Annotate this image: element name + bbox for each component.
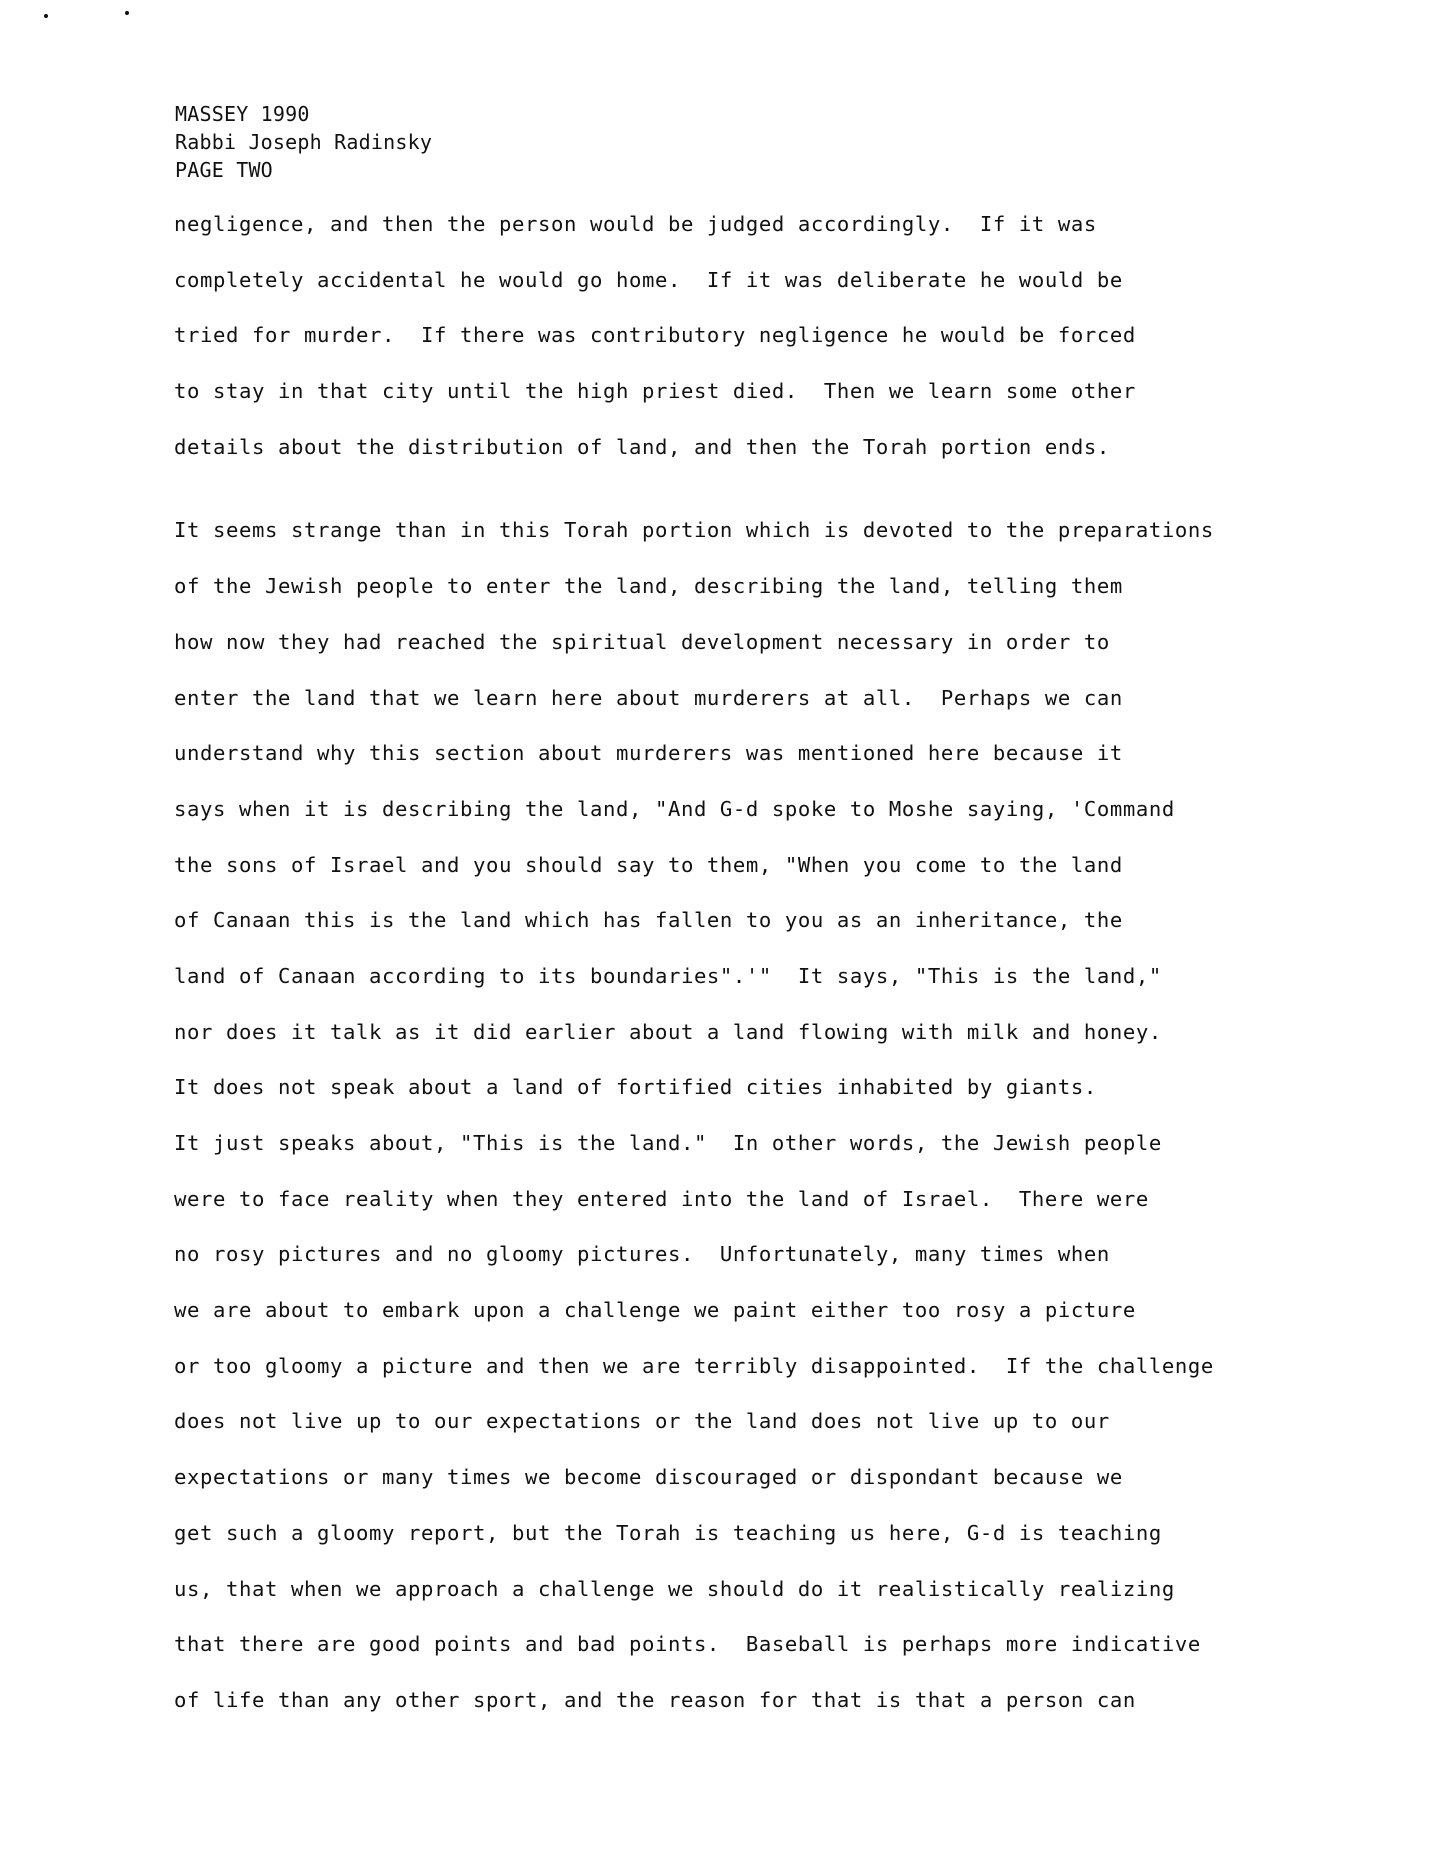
text-line: land of Canaan according to its boundari…	[174, 961, 1374, 1017]
text-line: get such a gloomy report, but the Torah …	[174, 1518, 1374, 1574]
text-line: us, that when we approach a challenge we…	[174, 1574, 1374, 1630]
document-header: MASSEY 1990 Rabbi Joseph Radinsky PAGE T…	[175, 100, 432, 184]
text-line: the sons of Israel and you should say to…	[174, 850, 1374, 906]
text-line: we are about to embark upon a challenge …	[174, 1295, 1374, 1351]
document-body: negligence, and then the person would be…	[174, 209, 1374, 1741]
text-line: to stay in that city until the high prie…	[174, 376, 1374, 432]
text-line: nor does it talk as it did earlier about…	[174, 1017, 1374, 1073]
text-line: how now they had reached the spiritual d…	[174, 627, 1374, 683]
text-line: details about the distribution of land, …	[174, 432, 1374, 488]
text-line: of life than any other sport, and the re…	[174, 1685, 1374, 1741]
scan-speck	[125, 11, 129, 15]
text-line: that there are good points and bad point…	[174, 1629, 1374, 1685]
paragraph: negligence, and then the person would be…	[174, 209, 1374, 487]
text-line: negligence, and then the person would be…	[174, 209, 1374, 265]
scan-speck	[44, 14, 48, 18]
document-page: MASSEY 1990 Rabbi Joseph Radinsky PAGE T…	[0, 0, 1430, 1851]
text-line: were to face reality when they entered i…	[174, 1184, 1374, 1240]
header-title: MASSEY 1990	[175, 100, 432, 128]
text-line: tried for murder. If there was contribut…	[174, 320, 1374, 376]
text-line: understand why this section about murder…	[174, 738, 1374, 794]
text-line: or too gloomy a picture and then we are …	[174, 1351, 1374, 1407]
paragraph-gap	[174, 487, 1374, 515]
text-line: completely accidental he would go home. …	[174, 265, 1374, 321]
text-line: of the Jewish people to enter the land, …	[174, 571, 1374, 627]
text-line: enter the land that we learn here about …	[174, 683, 1374, 739]
text-line: does not live up to our expectations or …	[174, 1406, 1374, 1462]
text-line: of Canaan this is the land which has fal…	[174, 905, 1374, 961]
paragraph: It seems strange than in this Torah port…	[174, 515, 1374, 1740]
text-line: It just speaks about, "This is the land.…	[174, 1128, 1374, 1184]
header-author: Rabbi Joseph Radinsky	[175, 128, 432, 156]
text-line: no rosy pictures and no gloomy pictures.…	[174, 1239, 1374, 1295]
text-line: expectations or many times we become dis…	[174, 1462, 1374, 1518]
text-line: It does not speak about a land of fortif…	[174, 1072, 1374, 1128]
text-line: says when it is describing the land, "An…	[174, 794, 1374, 850]
header-page-label: PAGE TWO	[175, 156, 432, 184]
text-line: It seems strange than in this Torah port…	[174, 515, 1374, 571]
